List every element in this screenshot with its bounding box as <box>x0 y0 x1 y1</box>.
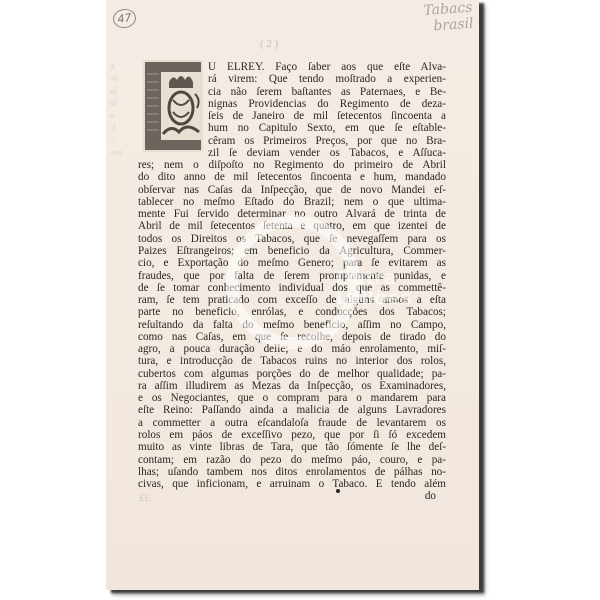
text-line: a commetter a outra eſcandaloſa fraude d… <box>138 417 446 429</box>
text-line: agro, a pouca duração delle; e do máo en… <box>138 343 446 355</box>
text-line: mente Fui ſervido determinar no outro Al… <box>138 208 446 220</box>
printer-mark-dot-icon <box>336 489 340 493</box>
text-line: nignas Providencias do Regimento de deza… <box>208 98 446 110</box>
text-line: tura, e introducção de Tabacos ruins no … <box>138 355 446 367</box>
text-line: cio, e Exportação do meſmo Genero; para … <box>138 257 446 269</box>
text-line: e os Negociantes, que o compram para o m… <box>138 392 446 404</box>
text-line: cubertos com algumas porções do de melho… <box>138 368 446 380</box>
text-line: ſeis de Janeiro de mil ſetecentos ſincoe… <box>208 110 446 122</box>
text-line: rolos em páos de exceſſivo pezo, que por… <box>138 429 446 441</box>
text-line: como nas Caſas, em que ſe recolhe, depoi… <box>138 331 446 343</box>
text-line: de ſe tomar conhecimento individual dos … <box>138 282 446 294</box>
text-line: parte no beneficio, enrólas, e conducçõe… <box>138 306 446 318</box>
text-line: tablecer no meſmo Eſtado do Brazil; nem … <box>138 196 446 208</box>
text-line: cia não ſerem baſtantes as Paternaes, e … <box>208 86 446 98</box>
body-text: U ELREY. Faço ſaber aos que eſte Alva- r… <box>138 61 446 503</box>
text-line: reſultando da falta do meſmo beneficio, … <box>138 319 446 331</box>
text-line: muito as vinte libras de Tara, que tão ſ… <box>138 441 446 453</box>
text-line: ra aſſim illudirem as Mezas da Inſpecção… <box>138 380 446 392</box>
document-page: 47 Tabacs brasil ( 2 ) a -o ni ol o -i -… <box>106 0 479 590</box>
margin-annotation: Tabacs brasil <box>402 0 474 36</box>
margin-annotation-line: brasil <box>403 16 474 37</box>
text-line: todos os Direitos os Tabacos, que ſe nev… <box>138 233 446 245</box>
text-line: fraudes, que por falta de ſerem promptam… <box>138 270 446 282</box>
text-line: contam; em razão do pezo do meſmo páo, c… <box>138 454 446 466</box>
text-line: zil ſe deviam vender os Tabacos, e Aſſuc… <box>208 147 446 159</box>
catchword: do <box>138 490 446 502</box>
folio-annotation: 47 <box>112 7 137 29</box>
text-line: Abril de mil ſetecentos ſetenta e quatro… <box>138 220 446 232</box>
text-line: do dito anno de mil ſetecentos ſincoenta… <box>138 171 446 183</box>
page-number: ( 2 ) <box>260 38 278 50</box>
text-line: lhas; uſando tambem nos ditos enrolament… <box>138 466 446 478</box>
text-line: cêram os Primeiros Preços, por que no Br… <box>208 135 446 147</box>
text-line: Paizes Eſtrangeiros; em beneficio da Agr… <box>138 245 446 257</box>
text-line: civas, que inficionam, e arruinam o Taba… <box>138 478 446 490</box>
text-line: U ELREY. Faço ſaber aos que eſte Alva- <box>208 61 446 73</box>
text-line: ram, ſe tem praticado com exceſſo de alg… <box>138 294 446 306</box>
text-line: rá virem: Que tendo moſtrado a experien- <box>208 73 446 85</box>
signature-show-through: EE <box>139 493 150 503</box>
text-line: res; nem o diſpoſto no Regimento do prim… <box>138 159 446 171</box>
text-line: obſervar nas Caſas da Inſpecção, que de … <box>138 184 446 196</box>
text-line: hum no Capitulo Sexto, em que ſe eſtable… <box>208 122 446 134</box>
text-line: eſte Reino: Paſſando ainda a malicia de … <box>138 404 446 416</box>
